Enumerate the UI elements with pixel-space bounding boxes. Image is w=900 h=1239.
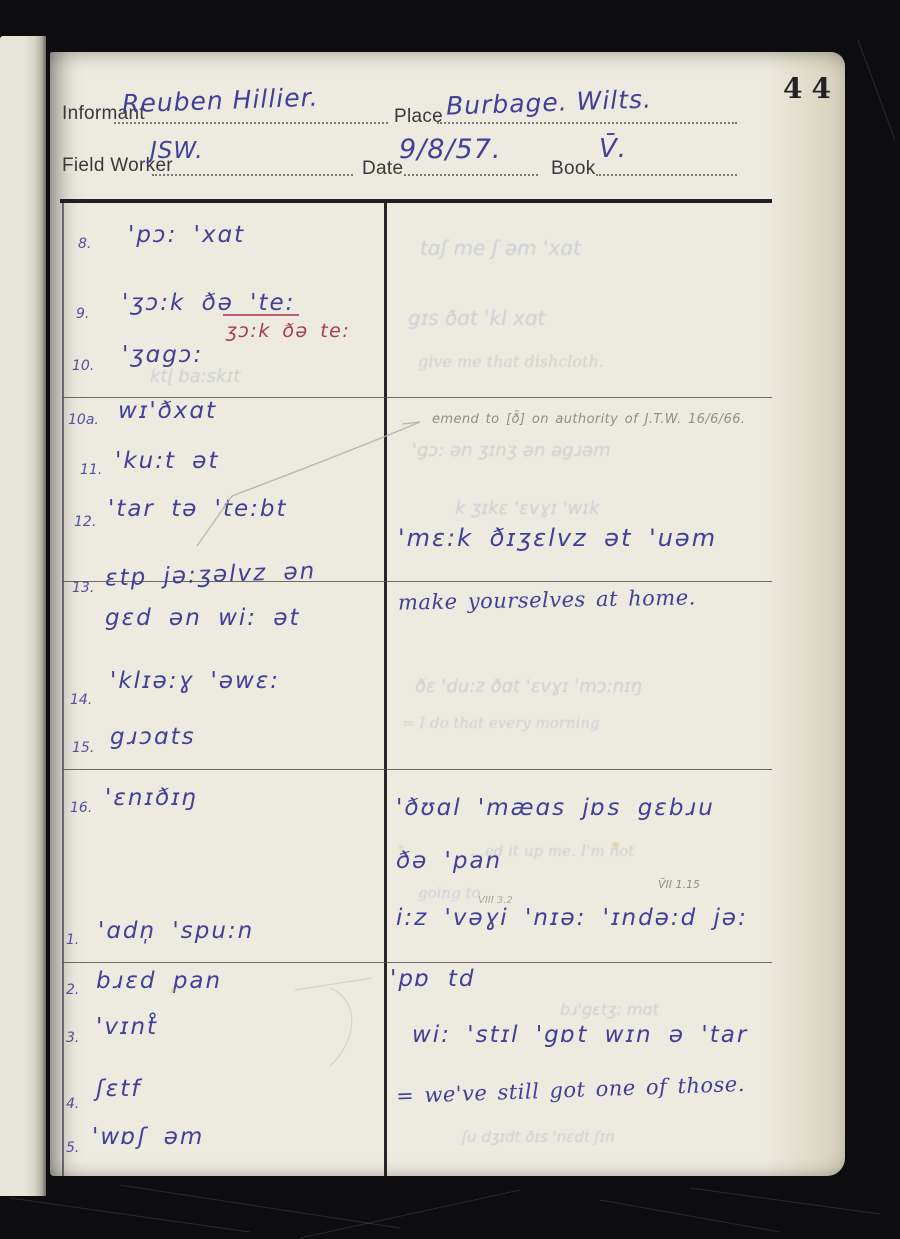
paper-stain	[398, 845, 403, 850]
phonetic-entry: wi: 'stɪl 'gɒt wɪn ə 'tar	[412, 1022, 748, 1048]
entry-number: 13.	[72, 580, 94, 596]
entry-number: 5.	[66, 1140, 79, 1156]
previous-page-edge	[0, 36, 46, 1196]
phonetic-entry: 'ʒɔ:k ðə 'te:	[122, 290, 295, 316]
entry-number: 2.	[66, 982, 79, 998]
paper-stain	[170, 988, 175, 993]
column-divider-line	[384, 203, 387, 1176]
phonetic-entry: 'wɒʃ əm	[92, 1124, 204, 1150]
phonetic-entry: 'ɛnɪðɪŋ	[105, 785, 198, 811]
entry-number: 12.	[74, 514, 96, 530]
entry-number: 10a.	[68, 412, 99, 428]
bleedthrough-text: tɑʃ me ʃ əm 'xɑt	[420, 236, 581, 260]
dotted-leader	[437, 122, 737, 124]
bleedthrough-text: ðɛ 'du:z ðɑt 'ɛvɣɪ 'mɔ:nɪŋ	[415, 676, 642, 697]
row-divider-line	[62, 769, 772, 770]
phonetic-entry: wɪ'ðxɑt	[118, 398, 217, 424]
bleedthrough-text: ʃu dʒɪdt ðɪs 'nɛdt ʃɪn	[462, 1128, 615, 1146]
field-worker-value: JSW.	[150, 138, 204, 164]
phonetic-entry: 'ʒɑgɔ:	[122, 342, 203, 368]
dotted-leader	[404, 174, 538, 176]
dotted-leader	[596, 174, 737, 176]
scanned-notebook-photo: { "page_number": "44", "header": { "info…	[0, 0, 900, 1239]
bleedthrough-text: gɪs ðɑt 'kl xɑt	[408, 306, 545, 330]
place-label: Place	[394, 106, 443, 128]
entry-number: 11.	[80, 462, 102, 478]
entry-number: 3.	[66, 1030, 79, 1046]
book-label: Book	[551, 158, 596, 180]
table-left-border	[62, 203, 64, 1176]
header-divider-line	[60, 199, 772, 203]
bleedthrough-text: give me that dishcloth.	[418, 352, 604, 371]
phonetic-entry: 'klɪə:ɣ 'əwɛ:	[110, 668, 280, 694]
phonetic-entry: 'vɪnt̊	[96, 1014, 158, 1040]
phonetic-entry: gɹɔɑts	[110, 724, 196, 750]
bleedthrough-text: …ed it up me. I'm not	[470, 842, 634, 860]
phonetic-entry: 'ðʊɑl 'mæɑs jɒs gɛbɹu	[396, 795, 715, 821]
bleedthrough-text: 'gɔ: ən ʒɪnʒ ən əgɹəm	[412, 440, 611, 461]
phonetic-entry: 'ɑdn̩ 'spu:n	[98, 918, 254, 944]
phonetic-entry: 'tar tə 'te:bt	[108, 496, 288, 522]
date-value: 9/8/57.	[399, 134, 502, 165]
dotted-leader	[152, 174, 353, 176]
row-divider-line	[62, 962, 772, 963]
entry-number: 9.	[76, 306, 89, 322]
pencil-emendation-note: emend to [ð̄] on authority of J.T.W. 16/…	[432, 412, 745, 427]
entry-number: 4.	[66, 1096, 79, 1112]
phonetic-entry: ʃɛtf	[96, 1076, 141, 1102]
bleedthrough-text: bɹ'gɛtʒ: mɑt	[560, 1000, 659, 1019]
red-ink-correction: ʒɔ:k ðə te:	[226, 320, 350, 342]
bleedthrough-text: going to …	[418, 884, 500, 902]
pencil-reference-number: V̄II 1.15	[658, 878, 700, 891]
book-value: V̄.	[599, 134, 627, 164]
entry-number: 14.	[70, 692, 92, 708]
entry-number: 15.	[72, 740, 94, 756]
phonetic-entry: 'pɒ td	[390, 966, 475, 992]
phonetic-entry: bɹɛd pan	[96, 968, 222, 994]
entry-number: 1.	[66, 932, 79, 948]
page-number-stamp: 44	[783, 72, 840, 105]
entry-number: 16.	[70, 800, 92, 816]
entry-number: 8.	[78, 236, 91, 252]
phonetic-entry: gɛd ən wi: ət	[105, 605, 301, 631]
paper-stain	[612, 842, 619, 848]
bleedthrough-text: = I do that every morning	[402, 714, 600, 732]
phonetic-entry: 'mɛ:k ðɪʒɛlvz ət 'uəm	[398, 524, 717, 552]
phonetic-entry: 'pɔ: 'xɑt	[128, 222, 245, 248]
phonetic-entry: i:z 'vəɣi 'nɪə: 'ɪndə:d jə:	[396, 905, 748, 931]
bleedthrough-text: ktɭ ba:skɪt	[150, 366, 240, 387]
dotted-leader	[114, 122, 388, 124]
phonetic-entry: 'ku:t ət	[115, 448, 219, 474]
entry-number: 10.	[72, 358, 94, 374]
date-label: Date	[362, 158, 403, 180]
bleedthrough-text: k ʒɪkɛ 'ɛvɣɪ 'wɪk	[455, 498, 600, 519]
